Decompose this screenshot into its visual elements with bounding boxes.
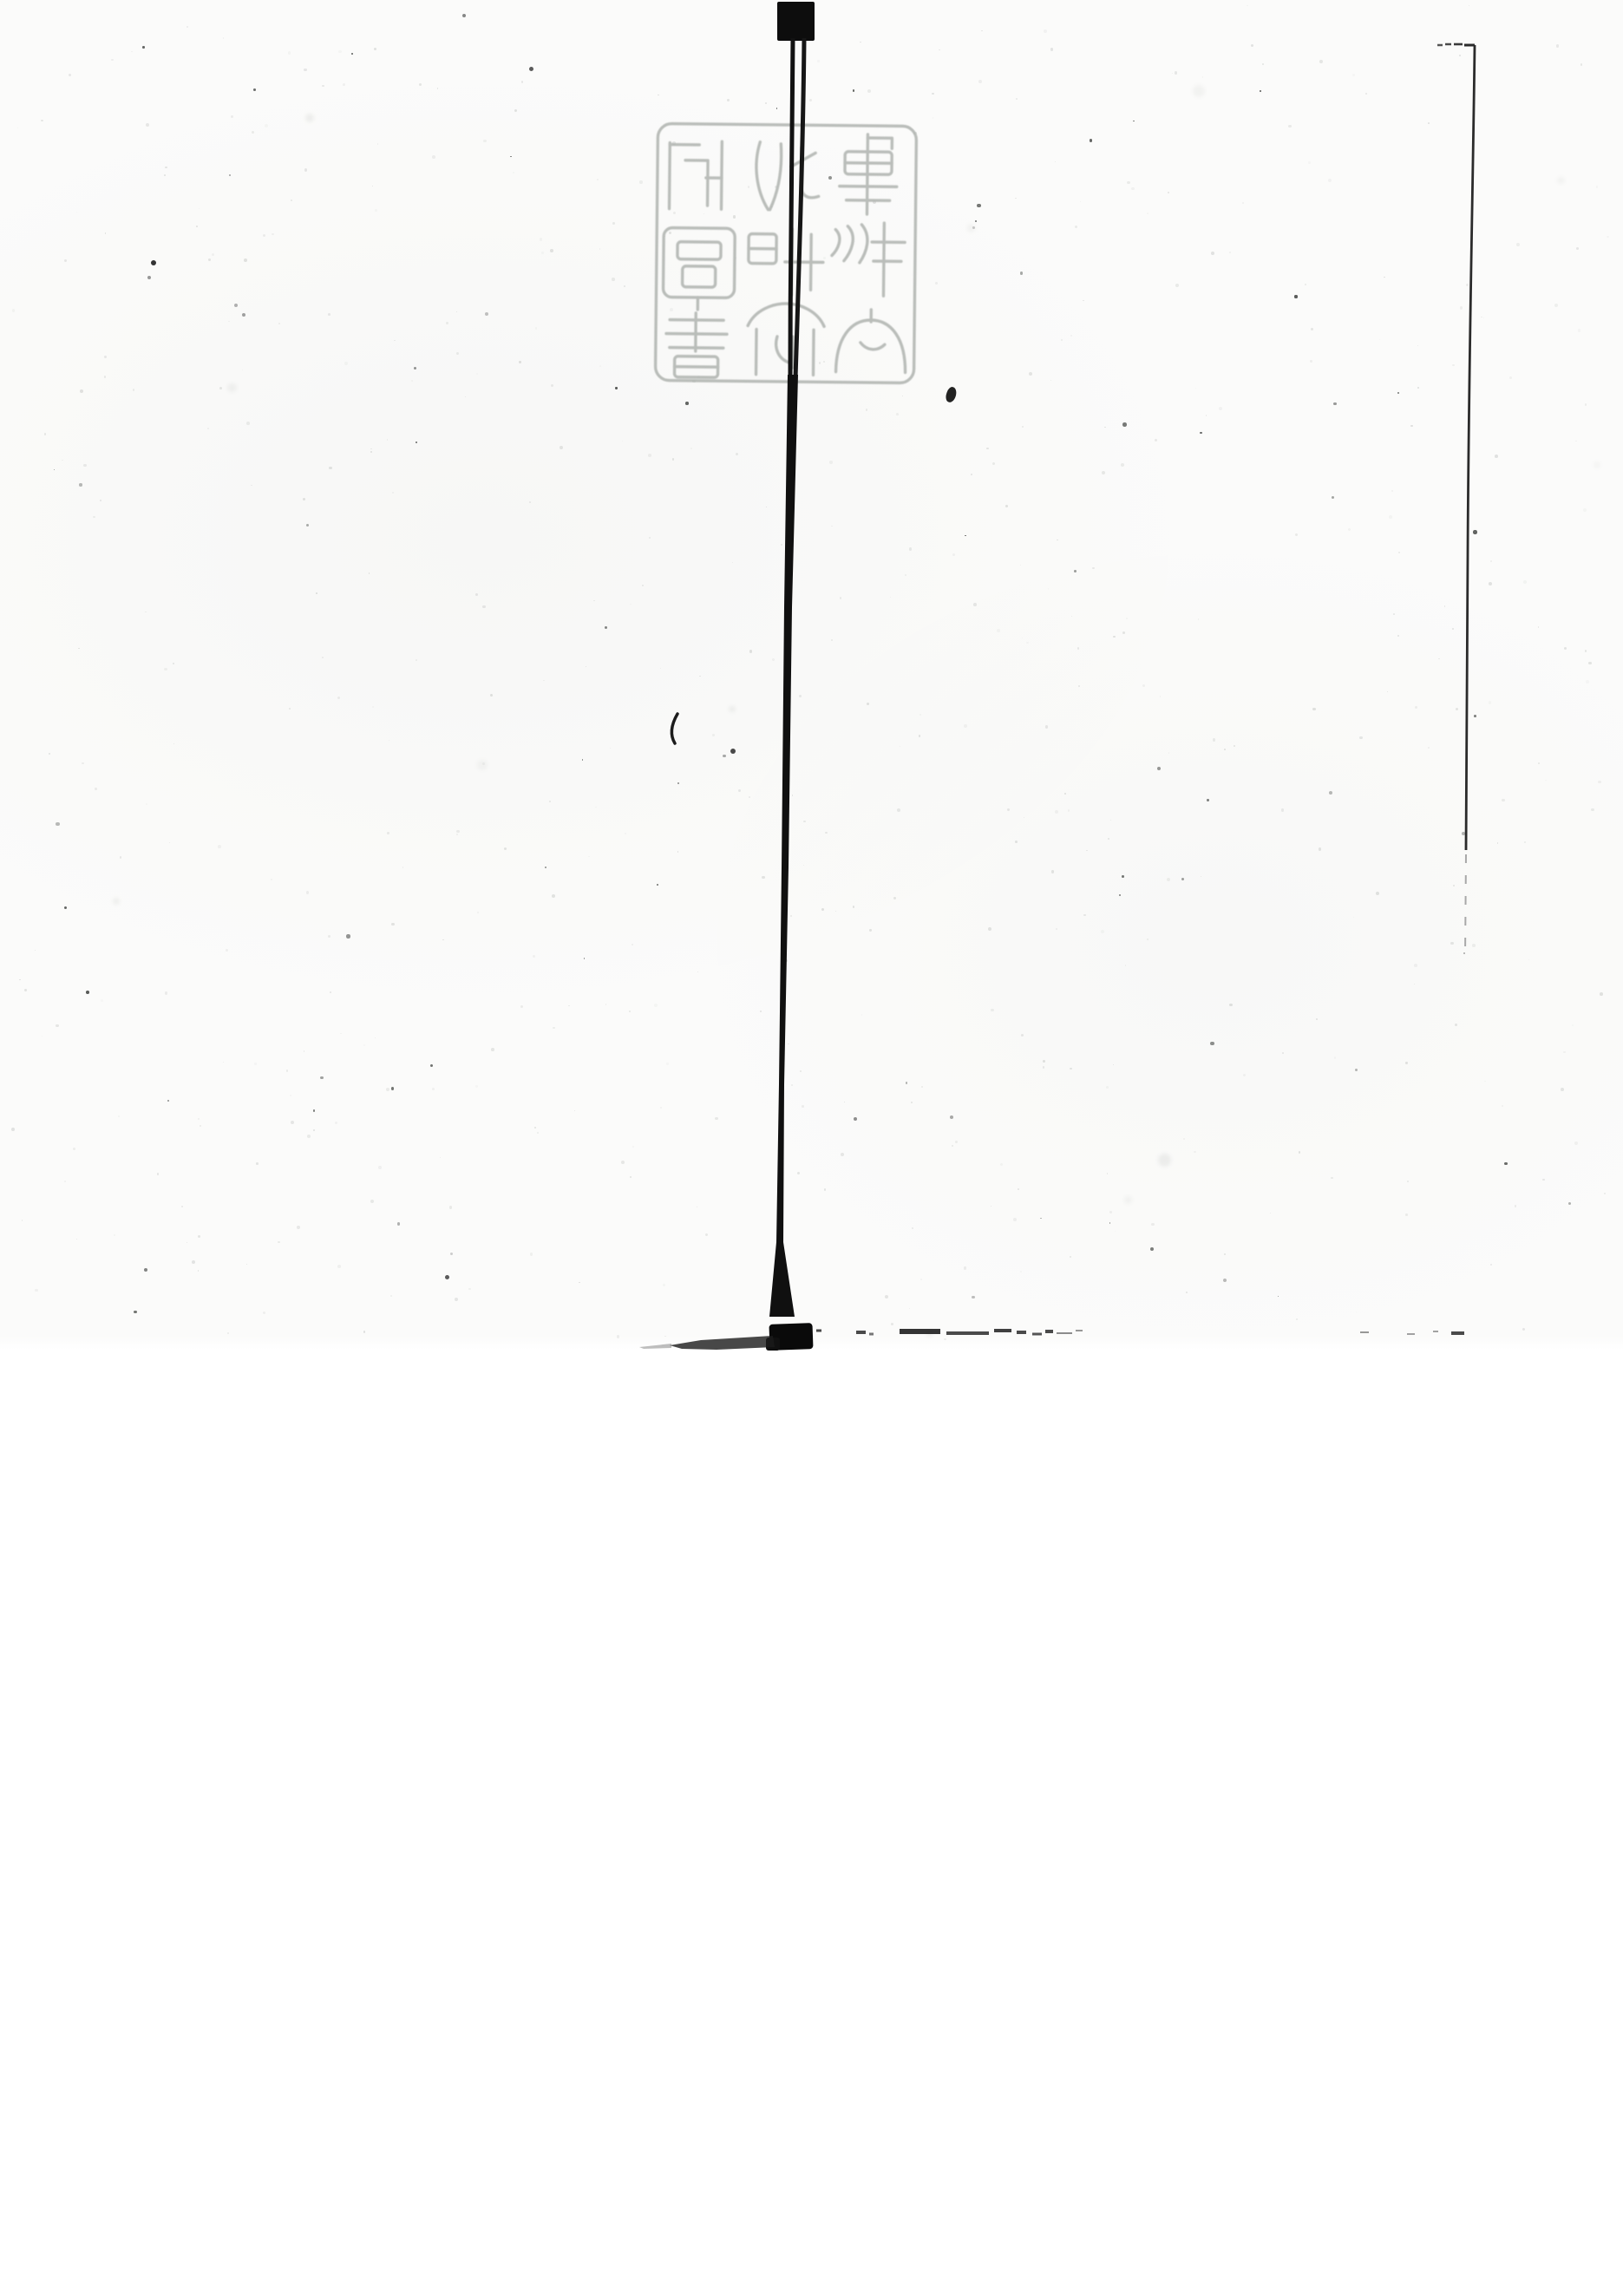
dash-segment [1407, 1333, 1415, 1335]
dash-segment [1057, 1332, 1072, 1334]
library-seal-stamp [655, 123, 916, 383]
scanned-book-page: 東洋文化研究所圖書 [0, 0, 1623, 2296]
dash-segment [1017, 1331, 1026, 1334]
curve-mark [671, 714, 677, 743]
library-seal-glyphs [655, 123, 916, 383]
dash-segment [1032, 1333, 1042, 1336]
dash-segment [1076, 1330, 1083, 1331]
dash-segment [816, 1330, 821, 1332]
dash-segment [900, 1329, 940, 1334]
bottom-dashed-line [816, 1329, 1464, 1336]
dash-segment [1045, 1330, 1053, 1333]
dash-segment [856, 1331, 866, 1334]
dash-segment [1451, 1331, 1464, 1335]
dash-segment [946, 1331, 989, 1335]
page-artwork [0, 0, 1623, 2296]
dash-segment [869, 1333, 874, 1336]
dash-segment [1433, 1331, 1438, 1332]
page-edge-line [1437, 44, 1475, 958]
thread-top-cap [777, 2, 815, 41]
dash-segment [1360, 1331, 1369, 1333]
ink-streak [639, 1336, 775, 1350]
dash-segment [994, 1329, 1011, 1332]
